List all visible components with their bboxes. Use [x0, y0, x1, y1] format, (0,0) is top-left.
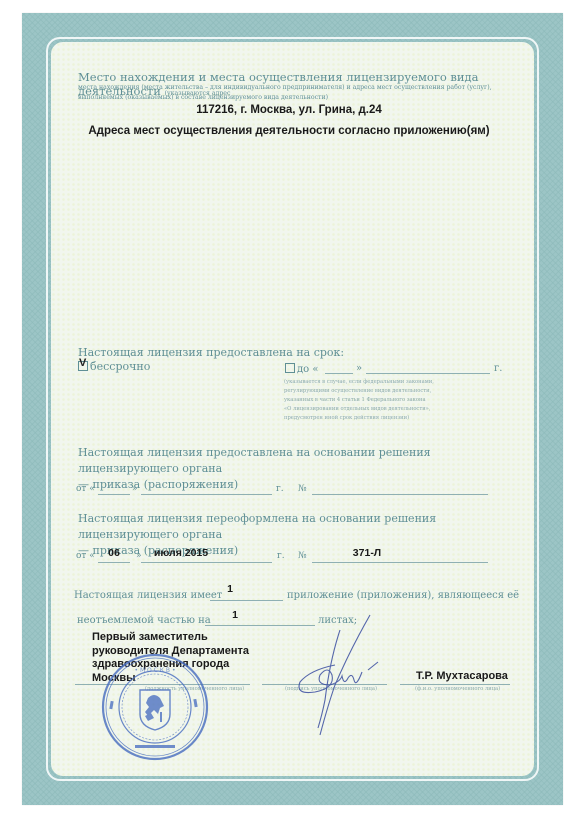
reissued-from-label: от «	[76, 551, 95, 561]
reissued-month-year: июля 2015	[141, 547, 221, 559]
license-address: 117216, г. Москва, ул. Грина, д.24	[0, 104, 578, 116]
until-year-suffix: г.	[494, 363, 502, 374]
term-indefinite-option[interactable]: бессрочно	[78, 360, 150, 373]
name-caption: (ф.и.о. уполномоченного лица)	[415, 685, 500, 694]
until-day-line	[325, 373, 353, 374]
appendices-prefix: Настоящая лицензия имеет	[74, 590, 222, 601]
reissued-day-line	[98, 562, 130, 563]
appendices-suffix: приложение (приложения), являющееся её	[287, 590, 519, 601]
sheets-count: 1	[205, 609, 265, 621]
reissued-number-label: №	[298, 551, 307, 561]
until-quote-close: »	[356, 363, 362, 374]
indefinite-label: бессрочно	[90, 360, 150, 373]
addresses-note: Адреса мест осуществления деятельности с…	[0, 125, 578, 137]
until-label: до «	[297, 364, 318, 375]
granted-heading-line1: Настоящая лицензия предоставлена на осно…	[78, 445, 528, 477]
granted-number-line	[312, 494, 488, 495]
sheets-prefix: неотъемлемой частью на	[77, 615, 211, 626]
granted-from-label: от «	[76, 484, 95, 494]
until-checkbox[interactable]	[285, 363, 295, 373]
until-date-line	[366, 373, 490, 374]
term-heading: Настоящая лицензия предоставлена на срок…	[78, 345, 528, 361]
official-stamp-icon: • М О С К В •	[100, 652, 210, 762]
indefinite-checkbox[interactable]	[78, 361, 88, 371]
granted-number-label: №	[298, 484, 307, 494]
granted-year-suffix: г.	[276, 484, 284, 494]
reissued-number-line	[312, 562, 488, 563]
activity-location-note: места нахождения (места жительства – для…	[78, 83, 528, 103]
reissued-year-suffix: г.	[277, 551, 285, 561]
reissued-date-line	[141, 562, 272, 563]
handwritten-signature-icon	[280, 610, 390, 740]
granted-day-line	[98, 494, 130, 495]
appendices-count: 1	[210, 583, 250, 595]
granted-quote-close: »	[132, 484, 138, 494]
reissued-day: 06	[98, 547, 130, 559]
term-note: (указывается в случае, если федеральными…	[284, 378, 434, 423]
signatory-name: Т.Р. Мухтасарова	[416, 670, 508, 682]
svg-text:• М О С К В •: • М О С К В •	[135, 667, 176, 674]
position-line-1: Первый заместитель	[92, 631, 249, 645]
reissued-heading-line1: Настоящая лицензия переоформлена на осно…	[78, 511, 528, 543]
appendices-count-line	[210, 600, 283, 601]
granted-date-line	[141, 494, 272, 495]
reissued-number: 371-Л	[312, 547, 422, 559]
